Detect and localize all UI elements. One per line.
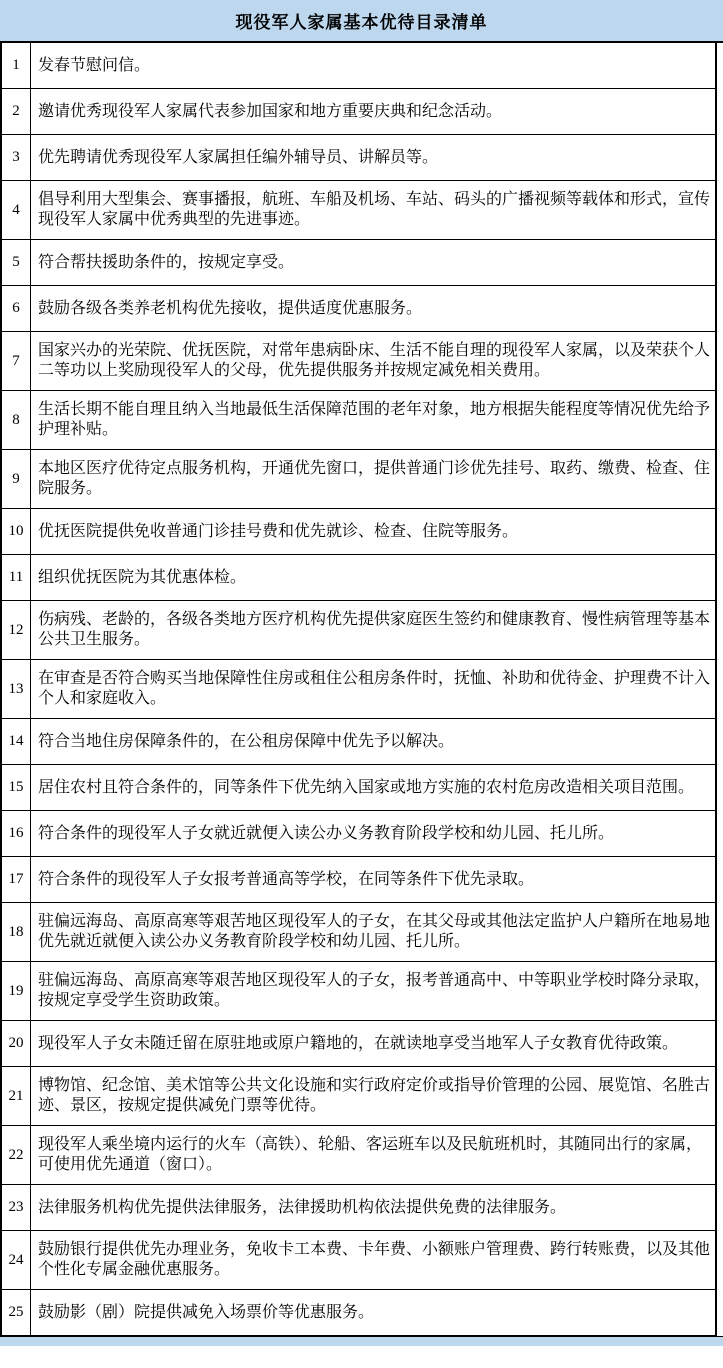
table-row: 4 倡导利用大型集会、赛事播报，航班、车船及机场、车站、码头的广播视频等载体和形… xyxy=(2,181,715,240)
table-row: 22 现役军人乘坐境内运行的火车（高铁）、轮船、客运班车以及民航班机时，其随同出… xyxy=(2,1126,715,1185)
table-row: 24 鼓励银行提供优先办理业务，免收卡工本费、卡年费、小额账户管理费、跨行转账费… xyxy=(2,1231,715,1290)
row-text: 符合条件的现役军人子女就近就便入读公办义务教育阶段学校和幼儿园、托儿所。 xyxy=(31,811,715,856)
table-row: 14 符合当地住房保障条件的，在公租房保障中优先予以解决。 xyxy=(2,719,715,765)
table-row: 21 博物馆、纪念馆、美术馆等公共文化设施和实行政府定价或指导价管理的公园、展览… xyxy=(2,1067,715,1126)
table-row: 2 邀请优秀现役军人家属代表参加国家和地方重要庆典和纪念活动。 xyxy=(2,89,715,135)
row-text: 国家兴办的光荣院、优抚医院，对常年患病卧床、生活不能自理的现役军人家属，以及荣获… xyxy=(31,332,715,390)
row-number: 8 xyxy=(2,391,31,449)
row-text: 现役军人乘坐境内运行的火车（高铁）、轮船、客运班车以及民航班机时，其随同出行的家… xyxy=(31,1126,715,1184)
row-text: 驻偏远海岛、高原高寒等艰苦地区现役军人的子女，在其父母或其他法定监护人户籍所在地… xyxy=(31,903,715,961)
table-row: 8 生活长期不能自理且纳入当地最低生活保障范围的老年对象，地方根据失能程度等情况… xyxy=(2,391,715,450)
row-number: 2 xyxy=(2,89,31,134)
row-number: 14 xyxy=(2,719,31,764)
row-text: 邀请优秀现役军人家属代表参加国家和地方重要庆典和纪念活动。 xyxy=(31,89,715,134)
row-number: 19 xyxy=(2,962,31,1020)
row-text: 现役军人子女未随迁留在原驻地或原户籍地的，在就读地享受当地军人子女教育优待政策。 xyxy=(31,1021,715,1066)
table-row: 13 在审查是否符合购买当地保障性住房或租住公租房条件时，抚恤、补助和优待金、护… xyxy=(2,660,715,719)
row-number: 25 xyxy=(2,1290,31,1335)
row-text: 法律服务机构优先提供法律服务，法律援助机构依法提供免费的法律服务。 xyxy=(31,1185,715,1230)
row-text: 本地区医疗优待定点服务机构，开通优先窗口，提供普通门诊优先挂号、取药、缴费、检查… xyxy=(31,450,715,508)
table-row: 9 本地区医疗优待定点服务机构，开通优先窗口，提供普通门诊优先挂号、取药、缴费、… xyxy=(2,450,715,509)
row-number: 17 xyxy=(2,857,31,902)
row-text: 优先聘请优秀现役军人家属担任编外辅导员、讲解员等。 xyxy=(31,135,715,180)
row-number: 20 xyxy=(2,1021,31,1066)
row-number: 6 xyxy=(2,286,31,331)
page-title: 现役军人家属基本优待目录清单 xyxy=(236,8,488,33)
row-number: 7 xyxy=(2,332,31,390)
row-text: 生活长期不能自理且纳入当地最低生活保障范围的老年对象，地方根据失能程度等情况优先… xyxy=(31,391,715,449)
row-text: 居住农村且符合条件的，同等条件下优先纳入国家或地方实施的农村危房改造相关项目范围… xyxy=(31,765,715,810)
row-number: 22 xyxy=(2,1126,31,1184)
row-number: 15 xyxy=(2,765,31,810)
row-text: 驻偏远海岛、高原高寒等艰苦地区现役军人的子女，报考普通高中、中等职业学校时降分录… xyxy=(31,962,715,1020)
row-text: 博物馆、纪念馆、美术馆等公共文化设施和实行政府定价或指导价管理的公园、展览馆、名… xyxy=(31,1067,715,1125)
row-text: 鼓励影（剧）院提供减免入场票价等优惠服务。 xyxy=(31,1290,715,1335)
row-text: 优抚医院提供免收普通门诊挂号费和优先就诊、检查、住院等服务。 xyxy=(31,509,715,554)
row-text: 符合帮扶援助条件的，按规定享受。 xyxy=(31,240,715,285)
table-row: 1 发春节慰问信。 xyxy=(2,43,715,89)
table-row: 23 法律服务机构优先提供法律服务，法律援助机构依法提供免费的法律服务。 xyxy=(2,1185,715,1231)
row-text: 组织优抚医院为其优惠体检。 xyxy=(31,555,715,600)
row-number: 13 xyxy=(2,660,31,718)
row-number: 9 xyxy=(2,450,31,508)
table-row: 18 驻偏远海岛、高原高寒等艰苦地区现役军人的子女，在其父母或其他法定监护人户籍… xyxy=(2,903,715,962)
preferential-items-table: 1 发春节慰问信。 2 邀请优秀现役军人家属代表参加国家和地方重要庆典和纪念活动… xyxy=(0,43,717,1336)
next-section-band xyxy=(0,1336,723,1346)
table-row: 7 国家兴办的光荣院、优抚医院，对常年患病卧床、生活不能自理的现役军人家属，以及… xyxy=(2,332,715,391)
row-text: 符合条件的现役军人子女报考普通高等学校，在同等条件下优先录取。 xyxy=(31,857,715,902)
row-number: 24 xyxy=(2,1231,31,1289)
table-row: 12 伤病残、老龄的，各级各类地方医疗机构优先提供家庭医生签约和健康教育、慢性病… xyxy=(2,601,715,660)
right-gutter xyxy=(717,43,723,1336)
row-text: 鼓励银行提供优先办理业务，免收卡工本费、卡年费、小额账户管理费、跨行转账费，以及… xyxy=(31,1231,715,1289)
row-text: 鼓励各级各类养老机构优先接收，提供适度优惠服务。 xyxy=(31,286,715,331)
table-body-wrap: 1 发春节慰问信。 2 邀请优秀现役军人家属代表参加国家和地方重要庆典和纪念活动… xyxy=(0,43,723,1336)
row-number: 11 xyxy=(2,555,31,600)
row-number: 23 xyxy=(2,1185,31,1230)
document-page: 现役军人家属基本优待目录清单 1 发春节慰问信。 2 邀请优秀现役军人家属代表参… xyxy=(0,0,723,1368)
row-text: 倡导利用大型集会、赛事播报，航班、车船及机场、车站、码头的广播视频等载体和形式，… xyxy=(31,181,715,239)
row-number: 21 xyxy=(2,1067,31,1125)
table-row: 17 符合条件的现役军人子女报考普通高等学校，在同等条件下优先录取。 xyxy=(2,857,715,903)
row-text: 在审查是否符合购买当地保障性住房或租住公租房条件时，抚恤、补助和优待金、护理费不… xyxy=(31,660,715,718)
row-number: 4 xyxy=(2,181,31,239)
table-row: 11 组织优抚医院为其优惠体检。 xyxy=(2,555,715,601)
row-text: 符合当地住房保障条件的，在公租房保障中优先予以解决。 xyxy=(31,719,715,764)
table-row: 5 符合帮扶援助条件的，按规定享受。 xyxy=(2,240,715,286)
row-number: 3 xyxy=(2,135,31,180)
row-number: 16 xyxy=(2,811,31,856)
table-row: 10 优抚医院提供免收普通门诊挂号费和优先就诊、检查、住院等服务。 xyxy=(2,509,715,555)
table-row: 3 优先聘请优秀现役军人家属担任编外辅导员、讲解员等。 xyxy=(2,135,715,181)
row-number: 18 xyxy=(2,903,31,961)
table-row: 20 现役军人子女未随迁留在原驻地或原户籍地的，在就读地享受当地军人子女教育优待… xyxy=(2,1021,715,1067)
row-number: 1 xyxy=(2,43,31,88)
row-number: 5 xyxy=(2,240,31,285)
table-row: 6 鼓励各级各类养老机构优先接收，提供适度优惠服务。 xyxy=(2,286,715,332)
row-number: 10 xyxy=(2,509,31,554)
table-title-band: 现役军人家属基本优待目录清单 xyxy=(0,0,723,43)
table-row: 19 驻偏远海岛、高原高寒等艰苦地区现役军人的子女，报考普通高中、中等职业学校时… xyxy=(2,962,715,1021)
table-row: 16 符合条件的现役军人子女就近就便入读公办义务教育阶段学校和幼儿园、托儿所。 xyxy=(2,811,715,857)
row-number: 12 xyxy=(2,601,31,659)
row-text: 发春节慰问信。 xyxy=(31,43,715,88)
table-row: 15 居住农村且符合条件的，同等条件下优先纳入国家或地方实施的农村危房改造相关项… xyxy=(2,765,715,811)
row-text: 伤病残、老龄的，各级各类地方医疗机构优先提供家庭医生签约和健康教育、慢性病管理等… xyxy=(31,601,715,659)
table-row: 25 鼓励影（剧）院提供减免入场票价等优惠服务。 xyxy=(2,1290,715,1336)
